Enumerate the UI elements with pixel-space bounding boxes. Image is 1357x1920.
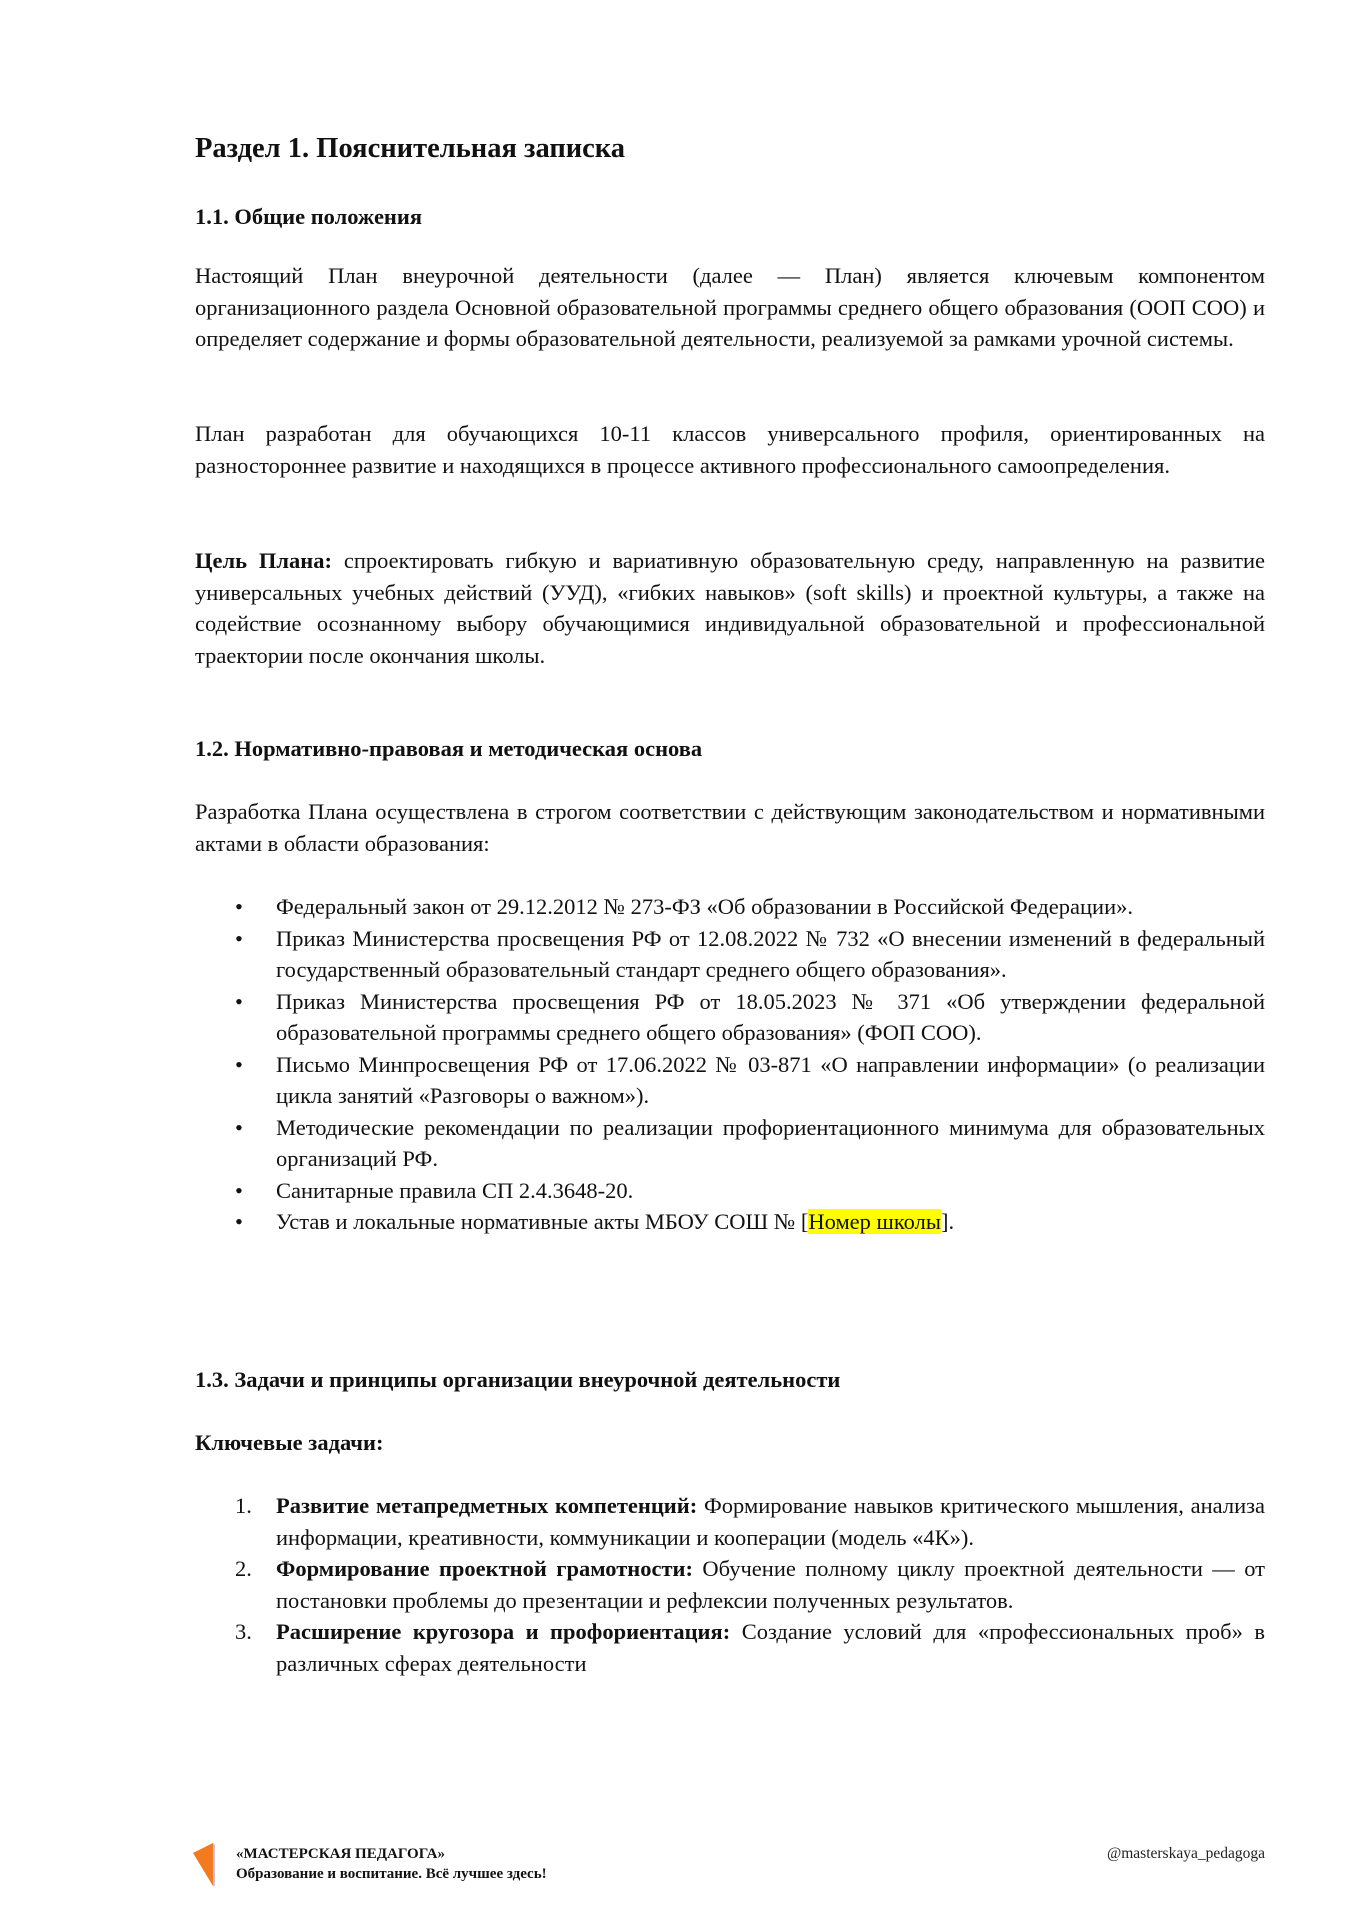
bullet-icon: • <box>235 1206 243 1238</box>
paragraph-legal-intro: Разработка Плана осуществлена в строгом … <box>195 796 1265 859</box>
task-number: 3. <box>235 1616 252 1648</box>
list-item-text: Федеральный закон от 29.12.2012 № 273-ФЗ… <box>276 894 1133 919</box>
goal-label: Цель Плана: <box>195 548 332 573</box>
task-item: 1.Развитие метапредметных компетенций: Ф… <box>195 1490 1265 1553</box>
list-item-text: Устав и локальные нормативные акты МБОУ … <box>276 1209 808 1234</box>
goal-text: спроектировать гибкую и вариативную обра… <box>195 548 1265 668</box>
brand-tagline: Образование и воспитание. Всё лучшее зде… <box>236 1864 547 1884</box>
list-item: •Методические рекомендации по реализации… <box>195 1112 1265 1175</box>
list-item: •Приказ Министерства просвещения РФ от 1… <box>195 923 1265 986</box>
section-title: Раздел 1. Пояснительная записка <box>195 133 625 165</box>
paragraph-goal: Цель Плана: спроектировать гибкую и вари… <box>195 545 1265 671</box>
bullet-icon: • <box>235 891 243 923</box>
paragraph-intro: Настоящий План внеурочной деятельности (… <box>195 260 1265 355</box>
heading-1-2: 1.2. Нормативно-правовая и методическая … <box>195 733 702 765</box>
list-item: •Федеральный закон от 29.12.2012 № 273-Ф… <box>195 891 1265 923</box>
bullet-icon: • <box>235 923 243 955</box>
heading-1-3: 1.3. Задачи и принципы организации внеур… <box>195 1364 840 1396</box>
bullet-icon: • <box>235 1175 243 1207</box>
task-title: Расширение кругозора и профориентация: <box>276 1619 730 1644</box>
list-item-suffix: ]. <box>941 1209 954 1234</box>
bullet-icon: • <box>235 1049 243 1081</box>
task-number: 1. <box>235 1490 252 1522</box>
school-number-placeholder[interactable]: Номер школы <box>808 1209 941 1234</box>
list-item-text: Приказ Министерства просвещения РФ от 18… <box>276 989 1265 1046</box>
list-item-text: Письмо Минпросвещения РФ от 17.06.2022 №… <box>276 1052 1265 1109</box>
list-item-text: Приказ Министерства просвещения РФ от 12… <box>276 926 1265 983</box>
task-item: 2.Формирование проектной грамотности: Об… <box>195 1553 1265 1616</box>
task-item: 3.Расширение кругозора и профориентация:… <box>195 1616 1265 1679</box>
paragraph-audience: План разработан для обучающихся 10-11 кл… <box>195 418 1265 481</box>
legal-basis-list: •Федеральный закон от 29.12.2012 № 273-Ф… <box>195 891 1265 1238</box>
brand-logo-icon <box>193 1843 217 1887</box>
list-item: •Письмо Минпросвещения РФ от 17.06.2022 … <box>195 1049 1265 1112</box>
list-item: •Санитарные правила СП 2.4.3648-20. <box>195 1175 1265 1207</box>
bullet-icon: • <box>235 1112 243 1144</box>
brand-name: «МАСТЕРСКАЯ ПЕДАГОГА» <box>236 1844 547 1864</box>
key-tasks-list: 1.Развитие метапредметных компетенций: Ф… <box>195 1490 1265 1679</box>
heading-1-1: 1.1. Общие положения <box>195 201 422 233</box>
footer-brand: «МАСТЕРСКАЯ ПЕДАГОГА» Образование и восп… <box>236 1844 547 1884</box>
list-item: •Приказ Министерства просвещения РФ от 1… <box>195 986 1265 1049</box>
task-title: Развитие метапредметных компетенций: <box>276 1493 697 1518</box>
list-item: •Устав и локальные нормативные акты МБОУ… <box>195 1206 1265 1238</box>
social-handle[interactable]: @masterskaya_pedagoga <box>1107 1844 1265 1864</box>
list-item-text: Санитарные правила СП 2.4.3648-20. <box>276 1178 633 1203</box>
bullet-icon: • <box>235 986 243 1018</box>
list-item-text: Методические рекомендации по реализации … <box>276 1115 1265 1172</box>
key-tasks-heading: Ключевые задачи: <box>195 1427 383 1459</box>
task-number: 2. <box>235 1553 252 1585</box>
task-title: Формирование проектной грамотности: <box>276 1556 693 1581</box>
